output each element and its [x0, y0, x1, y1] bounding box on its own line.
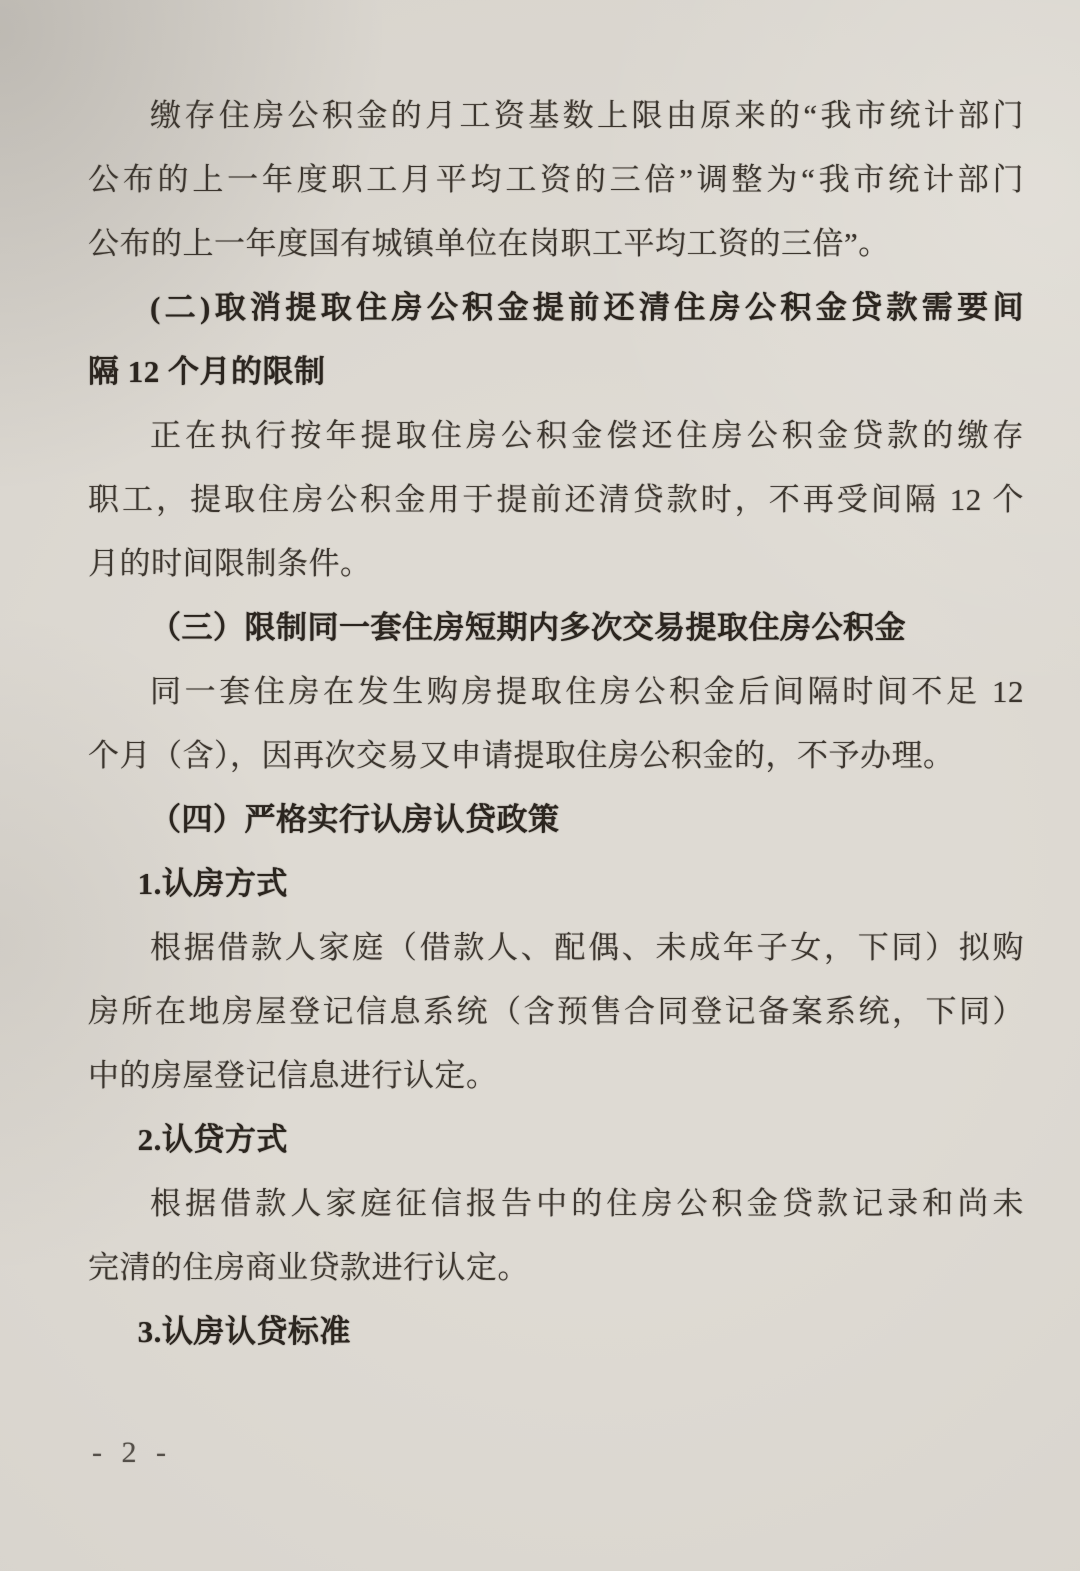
text-line: 职工，提取住房公积金用于提前还清贷款时，不再受间隔 12 个 — [88, 468, 1024, 532]
text-line: 中的房屋登记信息进行认定。 — [88, 1044, 1024, 1108]
text-line: 缴存住房公积金的月工资基数上限由原来的“我市统计部门 — [88, 84, 1024, 148]
text-line: 公布的上一年度职工月平均工资的三倍”调整为“我市统计部门 — [88, 148, 1024, 212]
text-line: 房所在地房屋登记信息系统（含预售合同登记备案系统，下同） — [88, 980, 1024, 1044]
section-heading-4: （四）严格实行认房认贷政策 — [88, 788, 1024, 852]
section-heading-2-cont: 隔 12 个月的限制 — [88, 340, 1024, 404]
section-heading-3: （三）限制同一套住房短期内多次交易提取住房公积金 — [88, 596, 1024, 660]
text-line: 正在执行按年提取住房公积金偿还住房公积金贷款的缴存 — [88, 404, 1024, 468]
text-line: 公布的上一年度国有城镇单位在岗职工平均工资的三倍”。 — [88, 212, 1024, 276]
scanned-document-page: 缴存住房公积金的月工资基数上限由原来的“我市统计部门 公布的上一年度职工月平均工… — [88, 84, 1024, 1470]
text-line: 月的时间限制条件。 — [88, 532, 1024, 596]
subsection-heading-2: 2.认贷方式 — [88, 1108, 1024, 1172]
subsection-heading-1: 1.认房方式 — [88, 852, 1024, 916]
text-line: 根据借款人家庭（借款人、配偶、未成年子女，下同）拟购 — [88, 916, 1024, 980]
text-line: 个月（含），因再次交易又申请提取住房公积金的，不予办理。 — [88, 724, 1024, 788]
page-number: - 2 - — [92, 1436, 1024, 1470]
text-line: 同一套住房在发生购房提取住房公积金后间隔时间不足 12 — [88, 660, 1024, 724]
section-heading-2: (二)取消提取住房公积金提前还清住房公积金贷款需要间 — [88, 276, 1024, 340]
text-line: 完清的住房商业贷款进行认定。 — [88, 1236, 1024, 1300]
text-line: 根据借款人家庭征信报告中的住房公积金贷款记录和尚未 — [88, 1172, 1024, 1236]
subsection-heading-3: 3.认房认贷标准 — [88, 1300, 1024, 1364]
